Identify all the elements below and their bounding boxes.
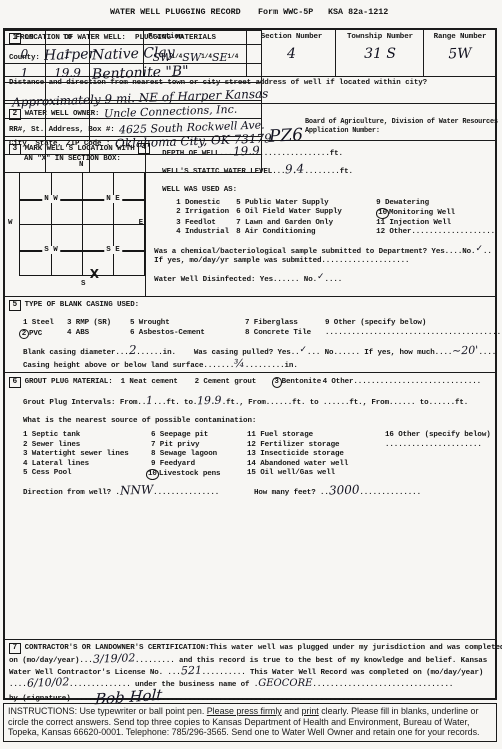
township-label: Township Number xyxy=(340,33,420,42)
section5-number: 5 xyxy=(9,300,21,311)
section-box-grid: N W N E S W S E X xyxy=(19,172,145,276)
application-number-label: Application Number: xyxy=(305,127,498,136)
application-block: Board of Agriculture, Division of Water … xyxy=(305,118,498,136)
table-row xyxy=(4,119,262,137)
contamination-option: 1 Septic tank xyxy=(23,431,151,441)
contamination-option: 3 Watertight sewer lines xyxy=(23,450,151,460)
table-row xyxy=(4,155,262,173)
contamination-option: 14 Abandoned water well xyxy=(247,460,385,470)
form-title: WATER WELL PLUGGING RECORD xyxy=(110,7,241,17)
sample-if-yes-label: If yes, mo/day/yr sample was submitted..… xyxy=(154,257,409,265)
casing-option: 7 Fiberglass xyxy=(245,319,325,329)
contamination-option: 9 Feedyard xyxy=(151,460,247,470)
section6-number: 6 xyxy=(9,377,21,388)
well-used-as-label: WELL WAS USED AS: xyxy=(162,186,495,195)
business-name-value: GEOCORE xyxy=(258,678,312,689)
certification-line1: CONTRACTOR'S OR LANDOWNER'S CERTIFICATIO… xyxy=(25,644,502,652)
instructions-underlined-print: print xyxy=(301,706,318,716)
compass-south-label: S xyxy=(81,280,86,288)
quadrant-ne-label: N E xyxy=(104,195,122,203)
casing-other-dots: ........................................ xyxy=(325,329,501,340)
contamination-option: 16 Other (specify below) xyxy=(385,431,495,441)
township-value: 31 S xyxy=(340,46,420,62)
sample-question: Was a chemical/bacteriological sample su… xyxy=(154,248,475,256)
plugged-date-value: 3/19/02 xyxy=(92,653,135,664)
grout-option: 4 Other............................. xyxy=(323,378,481,387)
casing-diameter-value: 2 xyxy=(128,346,136,355)
contamination-option: 7 Pit privy xyxy=(151,441,247,451)
grout-option: 2 Cement grout xyxy=(195,378,272,387)
circled-2: 2 xyxy=(19,329,29,340)
use-option: 7 Lawn and Garden Only xyxy=(236,219,376,228)
contamination-option: 2 Sewer lines xyxy=(23,441,151,451)
plugging-table-area: FROM TO PLUGGING MATERIALS 0 1 Native Cl… xyxy=(5,499,495,639)
range-cell: Range Number 5W xyxy=(424,30,495,76)
grout-intervals-label: Grout Plug Intervals: From.. xyxy=(23,399,146,407)
table-row xyxy=(4,83,262,101)
static-water-level-value: 9.4 xyxy=(285,165,304,175)
quadrant-nw-label: N W xyxy=(42,195,60,203)
range-label: Range Number xyxy=(428,33,492,42)
instructions-text: INSTRUCTIONS: Use typewriter or ball poi… xyxy=(8,706,207,716)
contamination-option: 13 Insecticide storage xyxy=(247,450,385,460)
plugging-materials-table: FROM TO PLUGGING MATERIALS 0 1 Native Cl… xyxy=(3,30,262,173)
contamination-label: What is the nearest source of possible c… xyxy=(23,417,495,426)
record-date-value: 6/10/02 xyxy=(26,677,69,688)
form-body: 1LOCATION OF WATER WELL: County: Harper … xyxy=(3,28,497,700)
circled-3: 3 xyxy=(272,377,282,388)
use-option: 3 Feedlot xyxy=(176,219,236,228)
quadrant-sw-label: S W xyxy=(42,246,60,254)
feet-label: How many feet? .. xyxy=(254,489,329,497)
disinfected-label: Water Well Disinfected: Yes...... No. xyxy=(154,276,317,284)
circled-10-contam: 10 xyxy=(146,469,159,480)
table-header-row: FROM TO PLUGGING MATERIALS xyxy=(4,31,262,45)
contamination-option: 8 Sewage lagoon xyxy=(151,450,247,460)
contamination-option: 11 Fuel storage xyxy=(247,431,385,441)
casing-diameter-label: Blank casing diameter... xyxy=(23,349,129,357)
contamination-options: 1 Septic tank 2 Sewer lines 3 Watertight… xyxy=(23,431,495,479)
direction-value: NNW xyxy=(120,485,154,495)
well-location-x-mark: X xyxy=(90,267,99,281)
section7-number: 7 xyxy=(9,643,21,654)
township-cell: Township Number 31 S xyxy=(336,30,424,76)
section-number-value: 4 xyxy=(251,46,332,62)
feet-line: How many feet? ..3000.............. xyxy=(254,486,421,498)
use-option: 11 Injection Well xyxy=(376,219,495,228)
contamination-other-dots: ...................... xyxy=(385,441,495,451)
casing-pulled-checkmark: ✓ xyxy=(300,345,308,355)
casing-option: 9 Other (specify below) xyxy=(325,319,501,329)
depth-dots: ................ft. xyxy=(259,150,343,158)
contamination-option: 15 Oil well/Gas well xyxy=(247,469,385,479)
casing-option: 1 Steel xyxy=(23,319,67,329)
grout-option: 1 Neat cement xyxy=(121,378,195,387)
materials-header: PLUGGING MATERIALS xyxy=(90,31,262,45)
use-option: 12 Other................... xyxy=(376,228,495,237)
license-number-value: 521 xyxy=(180,666,201,677)
range-value: 5W xyxy=(428,45,493,63)
section5-title: TYPE OF BLANK CASING USED: xyxy=(25,301,139,309)
use-option: 9 Dewatering xyxy=(376,199,495,208)
contamination-option: 5 Cess Pool xyxy=(23,469,151,479)
quadrant-se-label: S E xyxy=(104,246,122,254)
casing-option: 5 Wrought xyxy=(130,319,245,329)
casing-height-label: Casing height above or below land surfac… xyxy=(23,362,234,370)
casing-pulled-label: Was casing pulled? Yes.. xyxy=(194,349,300,357)
use-option-selected: 10Monitoring Well xyxy=(376,208,495,219)
table-row: 1 19.9 Bentonite "B" xyxy=(4,64,262,83)
form-header: WATER WELL PLUGGING RECORD Form WWC-5P K… xyxy=(0,7,502,19)
casing-option: 8 Concrete Tile xyxy=(245,329,325,340)
circled-10: 10 xyxy=(376,208,389,219)
casing-option-selected: 2PVC xyxy=(19,329,67,340)
use-option: 4 Industrial xyxy=(176,228,236,237)
instructions-underlined-press-firmly: Please press firmly xyxy=(207,706,282,716)
statute-reference: KSA 82a-1212 xyxy=(328,7,388,17)
use-option: 5 Public Water Supply xyxy=(236,199,376,208)
use-option: 6 Oil Field Water Supply xyxy=(236,208,376,219)
use-option: 8 Air Conditioning xyxy=(236,228,376,237)
contamination-option: 12 Fertilizer storage xyxy=(247,441,385,451)
form-number: Form WWC-5P xyxy=(258,7,313,17)
contamination-option: 6 Seepage pit xyxy=(151,431,247,441)
pz6-annotation: PZ6 xyxy=(269,125,304,147)
table-row xyxy=(4,137,262,155)
use-option: 2 Irrigation xyxy=(176,208,236,219)
casing-options: 1 Steel 3 RMP (SR) 5 Wrought 7 Fiberglas… xyxy=(23,319,495,339)
table-row xyxy=(4,101,262,119)
contamination-option-selected: 10Livestock pens xyxy=(146,469,247,479)
casing-option: 3 RMP (SR) xyxy=(67,319,130,329)
section7-certification: 7CONTRACTOR'S OR LANDOWNER'S CERTIFICATI… xyxy=(5,639,495,698)
interval-to-value: 19.9 xyxy=(197,396,222,406)
to-header: TO xyxy=(46,31,90,45)
instructions-block: INSTRUCTIONS: Use typewriter or ball poi… xyxy=(3,703,497,742)
compass-west-label: W xyxy=(8,219,13,227)
sample-no-checkmark: ✓ xyxy=(475,244,483,254)
board-label: Board of Agriculture, Division of Water … xyxy=(305,118,498,127)
section-number-label: Section Number xyxy=(251,33,332,42)
section6-grout: 6GROUT PLUG MATERIAL:1 Neat cement2 Ceme… xyxy=(5,373,495,499)
static-water-level-dots: ........ft. xyxy=(305,168,353,176)
table-row: 0 1 Native Clay xyxy=(4,45,262,64)
contamination-option: 4 Lateral lines xyxy=(23,460,151,470)
casing-option: 4 ABS xyxy=(67,329,130,340)
casing-option: 6 Asbestos-Cement xyxy=(130,329,245,340)
use-option: 1 Domestic xyxy=(176,199,236,208)
casing-height-value: ¾ xyxy=(234,359,245,368)
section5-casing: 5TYPE OF BLANK CASING USED: 1 Steel 3 RM… xyxy=(5,297,495,373)
well-use-options: 1 Domestic 5 Public Water Supply 9 Dewat… xyxy=(176,199,495,237)
from-header: FROM xyxy=(4,31,46,45)
disinfected-no-checkmark: ✓ xyxy=(317,272,325,282)
direction-label: Direction from well? . xyxy=(23,489,120,497)
grout-option-selected: 3Bentonite xyxy=(272,377,323,388)
feet-value: 3000 xyxy=(329,485,360,495)
water-well-plugging-record-form: WATER WELL PLUGGING RECORD Form WWC-5P K… xyxy=(0,0,502,749)
grout-material-label: GROUT PLUG MATERIAL: xyxy=(25,378,121,387)
direction-line: Direction from well? .NNW............... xyxy=(23,486,254,498)
interval-from-value: 1 xyxy=(146,396,153,405)
casing-pulled-amount: ~20' xyxy=(452,346,479,356)
